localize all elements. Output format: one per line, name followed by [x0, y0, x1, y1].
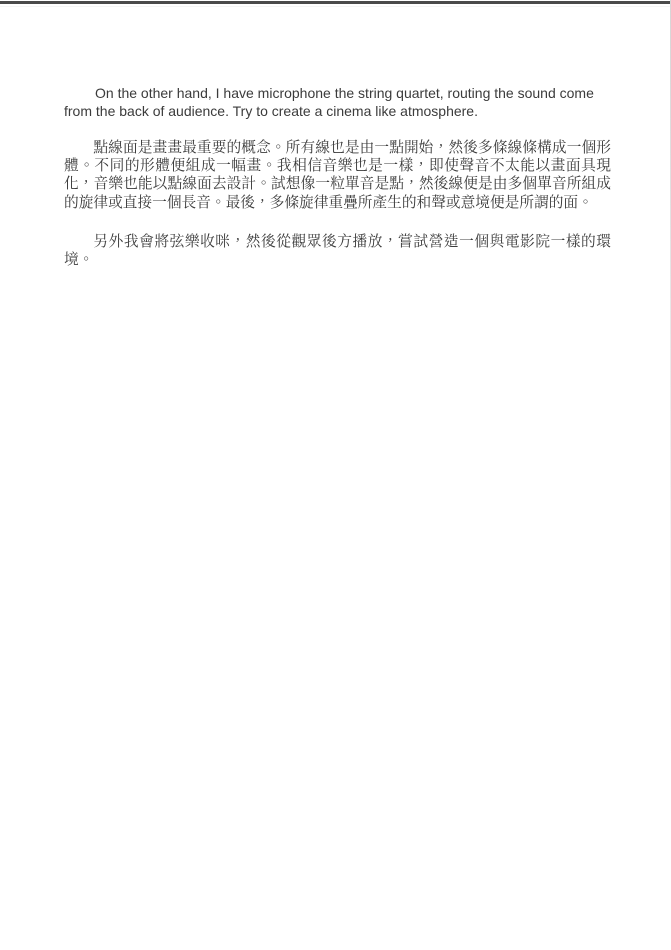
- paragraph-chinese-strings-playback: 另外我會將弦樂收咪，然後從觀眾後方播放，嘗試營造一個與電影院一樣的環境。: [64, 233, 611, 269]
- document-page: On the other hand, I have microphone the…: [0, 0, 671, 950]
- paragraph-english: On the other hand, I have microphone the…: [64, 84, 611, 120]
- document-body: On the other hand, I have microphone the…: [64, 84, 611, 290]
- paragraph-chinese-point-line-plane: 點線面是畫畫最重要的概念。所有線也是由一點開始，然後多條線條構成一個形體。不同的…: [64, 139, 611, 212]
- page-top-edge: [0, 1, 671, 4]
